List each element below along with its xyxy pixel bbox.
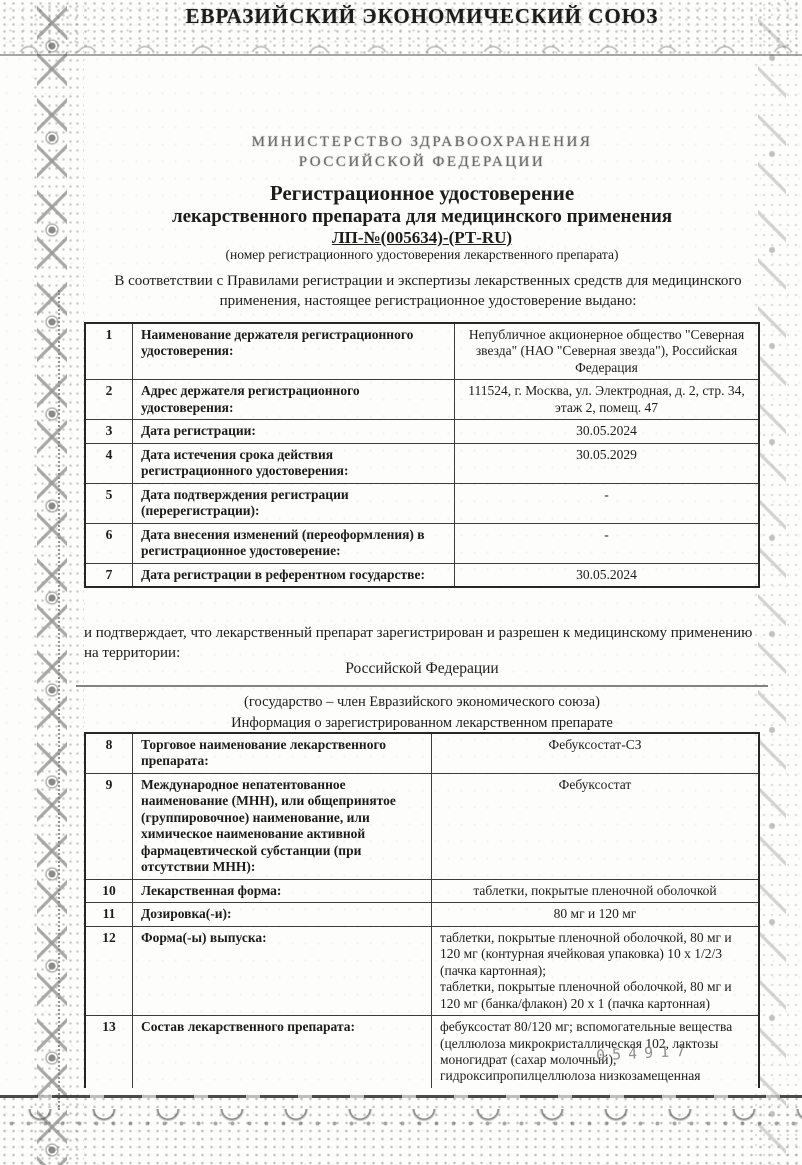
row-number: 13 [85, 1016, 133, 1088]
table-row: 5 Дата подтверждения регистрации (перере… [85, 483, 759, 523]
union-header: ЕВРАЗИЙСКИЙ ЭКОНОМИЧЕСКИЙ СОЮЗ [84, 4, 760, 29]
field-value: 80 мг и 120 мг [432, 903, 760, 926]
table-row: 6 Дата внесения изменений (переоформлени… [85, 523, 759, 563]
field-label: Дозировка(-и): [133, 903, 432, 926]
field-value: таблетки, покрытые пленочной оболочкой [432, 879, 760, 902]
field-value: Фебуксостат [432, 773, 760, 879]
field-value: - [455, 483, 760, 523]
table-row: 9 Международное непатентованное наименов… [85, 773, 759, 879]
row-number: 2 [85, 380, 133, 420]
row-number: 10 [85, 879, 133, 902]
row-number: 5 [85, 483, 133, 523]
row-number: 7 [85, 563, 133, 587]
field-label: Дата внесения изменений (переоформления)… [133, 523, 455, 563]
ministry-line1: МИНИСТЕРСТВО ЗДРАВООХРАНЕНИЯ [84, 132, 760, 152]
intro-paragraph: В соответствии с Правилами регистрации и… [84, 272, 772, 311]
field-value: таблетки, покрытые пленочной оболочкой, … [432, 926, 760, 1015]
field-value: 111524, г. Москва, ул. Электродная, д. 2… [455, 380, 760, 420]
field-value: 30.05.2024 [455, 563, 760, 587]
confirmation-paragraph: и подтверждает, что лекарственный препар… [84, 624, 760, 663]
field-value: - [455, 523, 760, 563]
ministry-line2: РОССИЙСКОЙ ФЕДЕРАЦИИ [84, 152, 760, 172]
field-label: Торговое наименование лекарственного пре… [133, 733, 432, 773]
row-number: 6 [85, 523, 133, 563]
field-label: Адрес держателя регистрационного удостов… [133, 380, 455, 420]
row-number: 11 [85, 903, 133, 926]
registration-number-caption: (номер регистрационного удостоверения ле… [84, 247, 760, 263]
territory-caption: (государство – член Евразийского экономи… [84, 694, 760, 711]
table-row: 12 Форма(-ы) выпуска: таблетки, покрытые… [85, 926, 759, 1015]
table-row: 7 Дата регистрации в референтном государ… [85, 563, 759, 587]
row-number: 9 [85, 773, 133, 879]
ministry-header: МИНИСТЕРСТВО ЗДРАВООХРАНЕНИЯ РОССИЙСКОЙ … [84, 132, 760, 173]
guilloche-border-left [30, 0, 84, 1165]
table-row: 1 Наименование держателя регистрационног… [85, 323, 759, 380]
row-number: 8 [85, 733, 133, 773]
field-value: 30.05.2024 [455, 420, 760, 443]
certificate-page: ЕВРАЗИЙСКИЙ ЭКОНОМИЧЕСКИЙ СОЮЗ МИНИСТЕРС… [0, 0, 802, 1165]
dotted-line-left [58, 290, 60, 1110]
field-label: Форма(-ы) выпуска: [133, 926, 432, 1015]
row-number: 1 [85, 323, 133, 380]
table-row: 3 Дата регистрации: 30.05.2024 [85, 420, 759, 443]
territory-name: Российской Федерации [76, 660, 768, 687]
registration-number: ЛП-№(005634)-(РТ-RU) [332, 228, 512, 248]
table-row: 10 Лекарственная форма: таблетки, покрыт… [85, 879, 759, 902]
table-row: 4 Дата истечения срока действия регистра… [85, 443, 759, 483]
field-label: Наименование держателя регистрационного … [133, 323, 455, 380]
row-number: 4 [85, 443, 133, 483]
drug-info-table: 8 Торговое наименование лекарственного п… [84, 732, 760, 1088]
row-number: 12 [85, 926, 133, 1015]
field-label: Дата регистрации в референтном государст… [133, 563, 455, 587]
document-title: Регистрационное удостоверение лекарствен… [84, 181, 760, 248]
table-row: 11 Дозировка(-и): 80 мг и 120 мг [85, 903, 759, 926]
table-row: 8 Торговое наименование лекарственного п… [85, 733, 759, 773]
field-label: Дата истечения срока действия регистраци… [133, 443, 455, 483]
field-label: Дата регистрации: [133, 420, 455, 443]
field-value: Фебуксостат-СЗ [432, 733, 760, 773]
field-label: Состав лекарственного препарата: [133, 1016, 432, 1088]
field-value: Непубличное акционерное общество "Северн… [455, 323, 760, 380]
title-line2: лекарственного препарата для медицинског… [84, 206, 760, 229]
table-row: 2 Адрес держателя регистрационного удост… [85, 380, 759, 420]
field-label: Международное непатентованное наименован… [133, 773, 432, 879]
title-line1: Регистрационное удостоверение [84, 181, 760, 206]
field-label: Дата подтверждения регистрации (перереги… [133, 483, 455, 523]
field-value: 30.05.2029 [455, 443, 760, 483]
document-content: ЕВРАЗИЙСКИЙ ЭКОНОМИЧЕСКИЙ СОЮЗ МИНИСТЕРС… [84, 0, 760, 1165]
field-label: Лекарственная форма: [133, 879, 432, 902]
drug-info-heading: Информация о зарегистрированном лекарств… [84, 715, 760, 732]
holder-info-table: 1 Наименование держателя регистрационног… [84, 322, 760, 588]
row-number: 3 [85, 420, 133, 443]
